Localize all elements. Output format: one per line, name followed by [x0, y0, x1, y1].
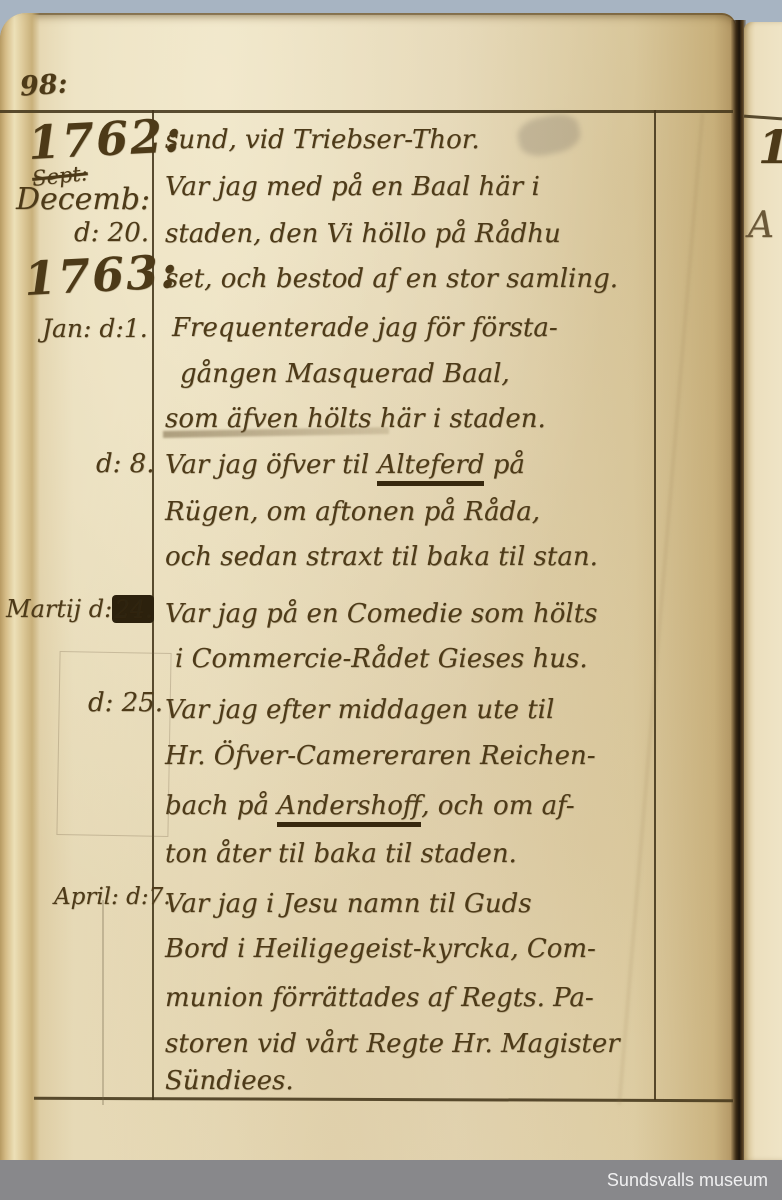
diary-line: munion förrättades af Regts. Pa-	[165, 983, 594, 1013]
credit-bar: Sundsvalls museum	[0, 1160, 782, 1200]
underlined-place-andershoff: Andershoff	[277, 791, 421, 827]
facing-page-edge	[744, 22, 782, 1160]
archive-photo: 1 A 98: 1762: Sept: Decemb: d: 20. 1763:…	[0, 0, 782, 1200]
diary-line: staden, den Vi höllo på Rådhu	[165, 219, 561, 249]
diary-line: ton åter til baka til staden.	[165, 839, 517, 869]
month-label-martij: Martij d:	[6, 595, 112, 623]
month-label-december: Decemb:	[16, 182, 150, 217]
facing-page-text-fragment: A	[748, 205, 774, 246]
diary-line: och sedan straxt til baka til stan.	[165, 542, 598, 572]
diary-line-segment: Var jag öfver til	[165, 450, 377, 480]
day-label-april-7: April: d:7.	[54, 884, 171, 910]
diary-line-segment: bach på	[165, 791, 277, 821]
pencil-line-mark	[102, 900, 104, 1105]
table-right-margin-rule	[654, 110, 656, 1100]
museum-credit-text: Sundsvalls museum	[607, 1170, 768, 1191]
diary-line: Var jag öfver til Alteferd på	[165, 450, 525, 480]
diary-line: Frequenterade jag för första-	[172, 313, 558, 343]
diary-line: sund, vid Triebser-Thor.	[165, 125, 480, 155]
diary-line: Var jag med på en Baal här i	[165, 172, 540, 202]
diary-line: gången Masquerad Baal,	[180, 359, 510, 389]
day-label-jan-1: Jan: d:1.	[42, 314, 148, 343]
diary-line: Sündiees.	[165, 1066, 294, 1096]
year-heading-1763: 1763:	[23, 244, 181, 306]
day-label-8: d: 8.	[96, 449, 154, 479]
day-label-martij-24: Martij d:24.	[6, 595, 154, 623]
diary-line: set, och bestod af en stor samling.	[165, 264, 618, 294]
diary-line: Rügen, om aftonen på Råda,	[165, 497, 540, 527]
underlined-place-alteferd: Alteferd	[377, 450, 484, 486]
diary-line: storen vid vårt Regte Hr. Magister	[165, 1029, 620, 1059]
pencil-rectangle-mark	[56, 651, 171, 837]
diary-line: Hr. Öfver-Camereraren Reichen-	[165, 741, 596, 771]
diary-line: Var jag efter middagen ute til	[165, 695, 554, 725]
facing-page-text-fragment: 1	[758, 120, 782, 174]
diary-line: i Commercie-Rådet Gieses hus.	[175, 644, 588, 674]
page-number: 98:	[19, 68, 69, 102]
diary-line: Var jag på en Comedie som hölts	[165, 599, 597, 629]
diary-line-segment: , och om af-	[421, 791, 574, 821]
day-label-20: d: 20.	[74, 218, 149, 248]
diary-line: Bord i Heiligegeist-kyrcka, Com-	[165, 934, 596, 964]
diary-line: bach på Andershoff, och om af-	[165, 791, 575, 821]
diary-line-segment: på	[484, 450, 524, 480]
diary-line: Var jag i Jesu namn til Guds	[165, 889, 532, 919]
ink-blot-number: 24.	[112, 595, 154, 623]
year-heading-1762: 1762:	[27, 108, 185, 170]
